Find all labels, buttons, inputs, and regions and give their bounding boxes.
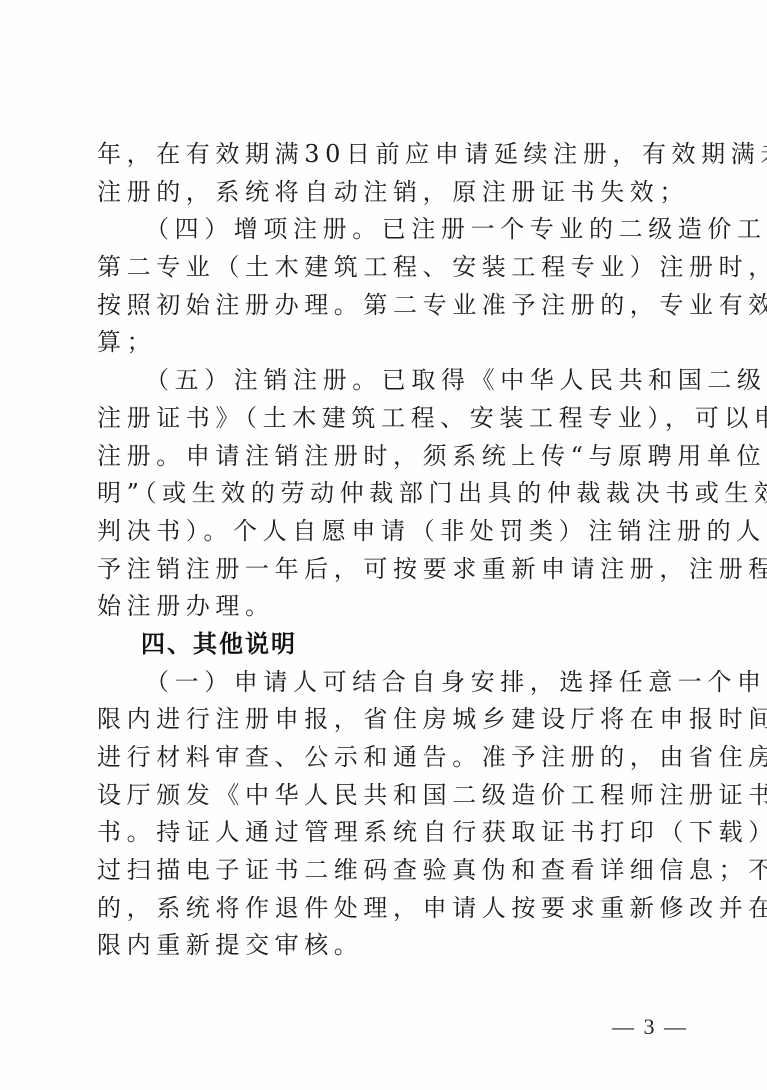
text-line: 的，系统将作退件处理，申请人按要求重新修改并在规定的时 xyxy=(97,890,677,928)
text-line: 设厅颁发《中华人民共和国二级造价工程师注册证书》电子证 xyxy=(97,777,677,815)
text-line: 算； xyxy=(97,324,677,362)
text-line: 书。持证人通过管理系统自行获取证书打印（下载），并可通 xyxy=(97,814,677,852)
document-page: 年，在有效期满30日前应申请延续注册，有效期满未申请延续 注册的，系统将自动注销… xyxy=(0,0,767,1090)
text-line: 判决书）。个人自愿申请（非处罚类）注销注册的人员，自准 xyxy=(97,513,677,551)
text-line: 过扫描电子证书二维码查验真伪和查看详细信息；不准予通过 xyxy=(97,852,677,890)
text-line: 始注册办理。 xyxy=(97,588,677,626)
text-line: 第二专业（土木建筑工程、安装工程专业）注册时，注册程序 xyxy=(97,249,677,287)
page-number: — 3 — xyxy=(612,1014,688,1040)
paragraph-start-line: （四）增项注册。已注册一个专业的二级造价工程师，申请 xyxy=(97,211,677,249)
text-line: 注册。申请注销注册时，须系统上传“与原聘用单位的解聘证 xyxy=(97,438,677,476)
paragraph-start-line: （一）申请人可结合自身安排，选择任意一个申报批次在时 xyxy=(97,664,677,702)
document-body: 年，在有效期满30日前应申请延续注册，有效期满未申请延续 注册的，系统将自动注销… xyxy=(97,136,677,965)
paragraph-start-line: （五）注销注册。已取得《中华人民共和国二级造价工程师 xyxy=(97,362,677,400)
text-line: 限内进行注册申报，省住房城乡建设厅将在申报时间截止后， xyxy=(97,701,677,739)
text-line: 进行材料审查、公示和通告。准予注册的，由省住房和城乡建 xyxy=(97,739,677,777)
text-line: 明”（或生效的劳动仲裁部门出具的仲裁裁决书或生效的法院 xyxy=(97,475,677,513)
text-line: 限内重新提交审核。 xyxy=(97,927,677,965)
text-line: 予注销注册一年后，可按要求重新申请注册，注册程序按照初 xyxy=(97,551,677,589)
text-line: 注册证书》（土木建筑工程、安装工程专业），可以申请注销 xyxy=(97,400,677,438)
section-heading: 四、其他说明 xyxy=(97,626,677,664)
text-line: 年，在有效期满30日前应申请延续注册，有效期满未申请延续 xyxy=(97,136,677,174)
text-line: 注册的，系统将自动注销，原注册证书失效； xyxy=(97,174,677,212)
text-line: 按照初始注册办理。第二专业准予注册的，专业有效期分别计 xyxy=(97,287,677,325)
